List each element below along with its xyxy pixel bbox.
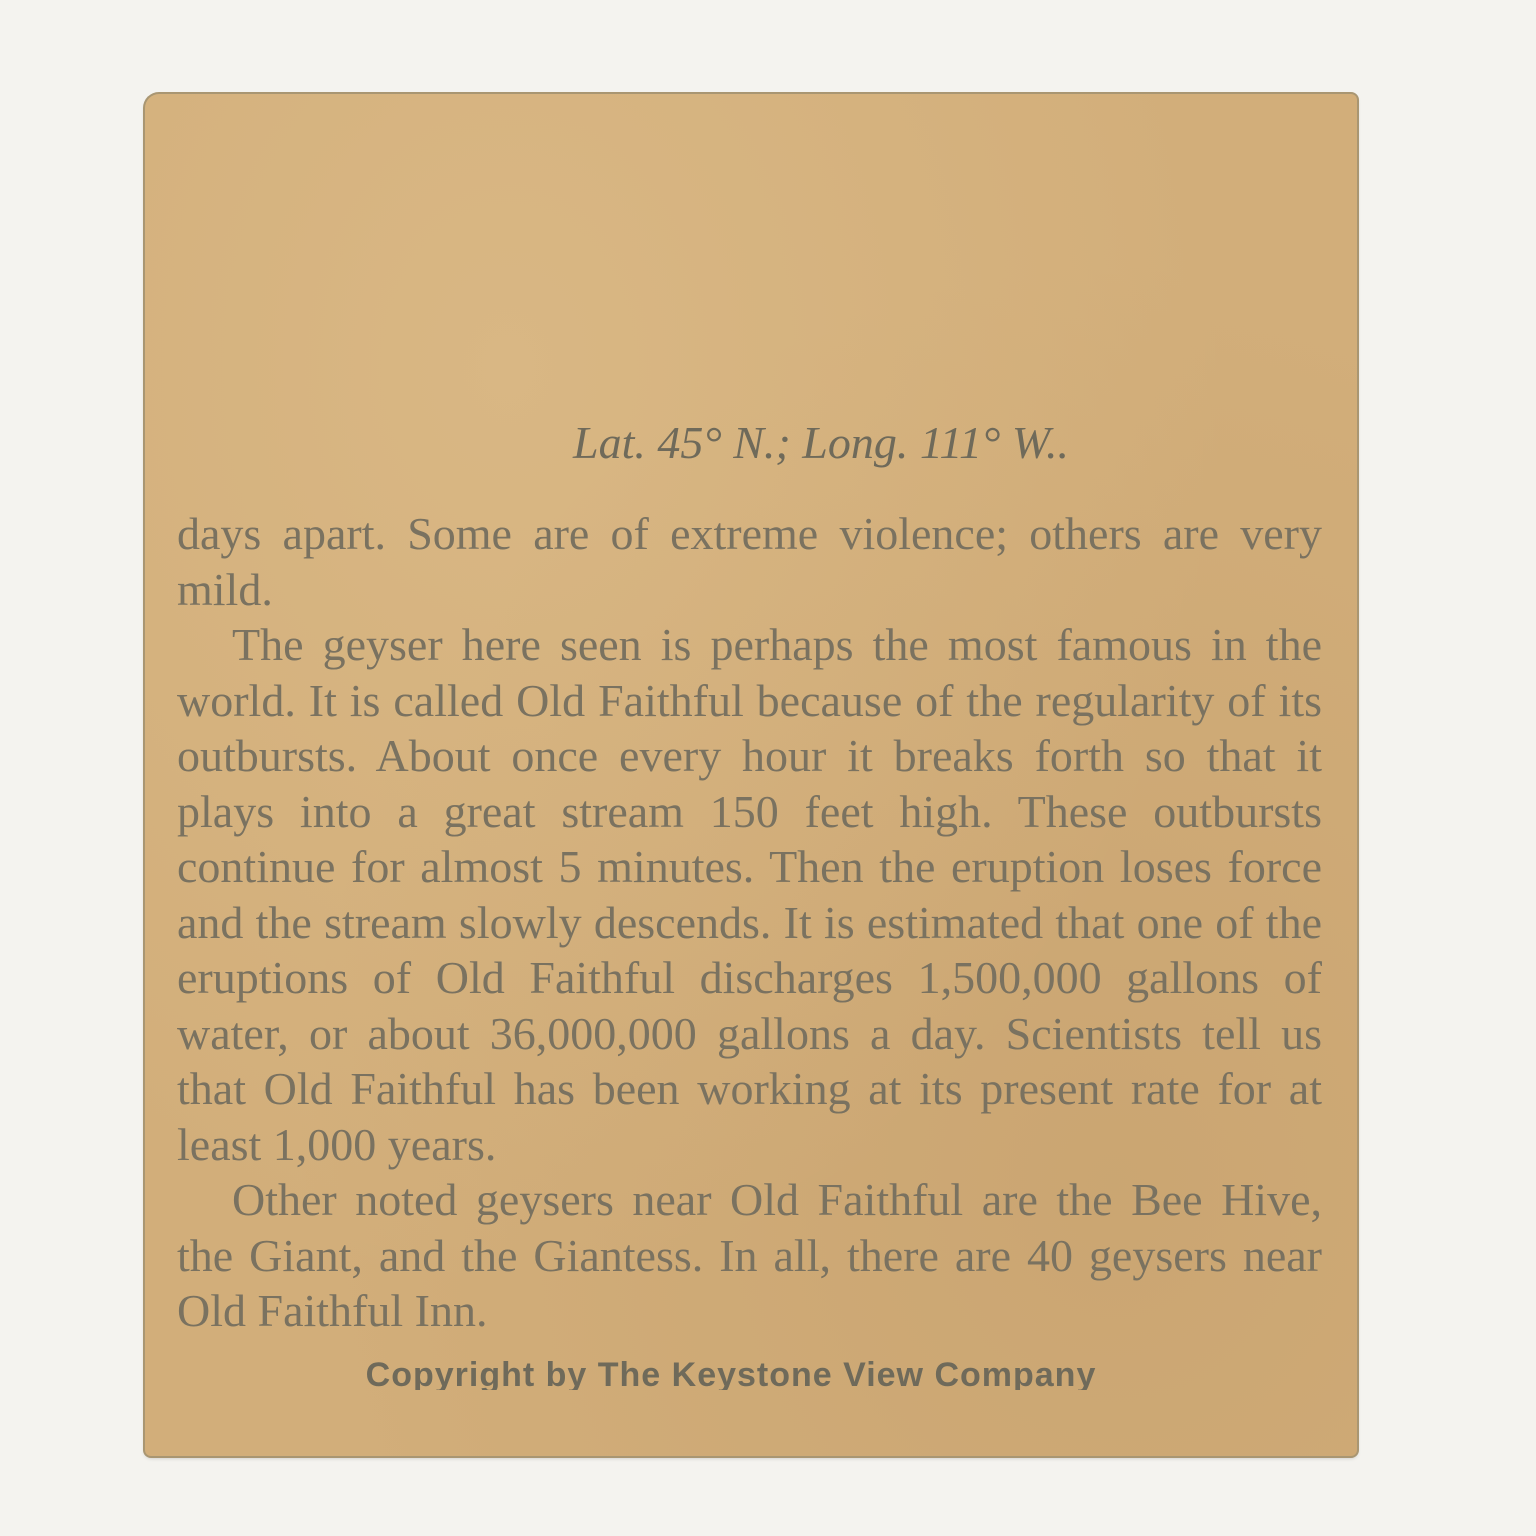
paragraph-1: days apart. Some are of extreme violence… xyxy=(177,506,1322,617)
stereoview-card-back: Lat. 45° N.; Long. 111° W.. days apart. … xyxy=(145,94,1357,1456)
description-text: days apart. Some are of extreme violence… xyxy=(177,506,1322,1339)
paragraph-2: The geyser here seen is perhaps the most… xyxy=(177,617,1322,1172)
copyright-line: Copyright by The Keystone View Company xyxy=(145,1356,1357,1390)
paragraph-3: Other noted geysers near Old Faithful ar… xyxy=(177,1172,1322,1339)
coordinates-heading: Lat. 45° N.; Long. 111° W.. xyxy=(145,416,1357,469)
